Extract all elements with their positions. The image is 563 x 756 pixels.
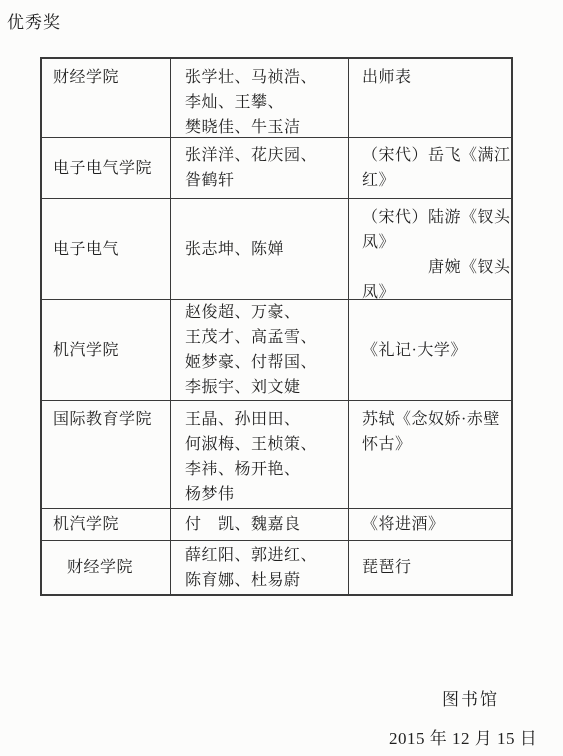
college-cell: 电子电气 — [42, 199, 171, 299]
college-cell: 机汽学院 — [42, 300, 171, 400]
students-cell: 薛红阳、郭进红、 陈育娜、杜易蔚 — [171, 541, 349, 594]
table-row: 财经学院 薛红阳、郭进红、 陈育娜、杜易蔚 琵琶行 — [42, 541, 511, 594]
table-row: 机汽学院 赵俊超、万豪、 王茂才、高孟雪、 姬梦豪、付帮国、 李振宇、刘文婕 《… — [42, 300, 511, 401]
table-row: 机汽学院 付 凯、魏嘉良 《将进酒》 — [42, 509, 511, 541]
signature-library: 图书馆 — [442, 685, 499, 710]
students-cell: 赵俊超、万豪、 王茂才、高孟雪、 姬梦豪、付帮国、 李振宇、刘文婕 — [171, 300, 349, 400]
students-cell: 王晶、孙田田、 何淑梅、王桢策、 李祎、杨开艳、 杨梦伟 — [171, 401, 349, 508]
table-row: 国际教育学院 王晶、孙田田、 何淑梅、王桢策、 李祎、杨开艳、 杨梦伟 苏轼《念… — [42, 401, 511, 509]
table-row: 电子电气 张志坤、陈婵 （宋代）陆游《钗头 凤》 唐婉《钗头 凤》 — [42, 199, 511, 300]
students-cell: 张学壮、马祯浩、 李灿、王攀、 樊晓佳、牛玉洁 — [171, 59, 349, 137]
work-cell: 《将进酒》 — [349, 509, 511, 540]
scanned-document-page: 优秀奖 财经学院 张学壮、马祯浩、 李灿、王攀、 樊晓佳、牛玉洁 出师表 电子电… — [0, 0, 563, 756]
college-cell: 电子电气学院 — [42, 138, 171, 198]
students-cell: 张洋洋、花庆园、 昝鹤轩 — [171, 138, 349, 198]
award-heading: 优秀奖 — [7, 8, 61, 33]
work-cell: 《礼记·大学》 — [349, 300, 511, 400]
college-cell: 财经学院 — [42, 59, 171, 137]
college-cell: 机汽学院 — [42, 509, 171, 540]
work-cell: （宋代）陆游《钗头 凤》 唐婉《钗头 凤》 — [349, 199, 511, 299]
work-cell: 琵琶行 — [349, 541, 511, 594]
document-date: 2015 年 12 月 15 日 — [389, 724, 537, 749]
students-cell: 付 凯、魏嘉良 — [171, 509, 349, 540]
work-cell: （宋代）岳飞《满江 红》 — [349, 138, 511, 198]
work-cell: 出师表 — [349, 59, 511, 137]
table-row: 电子电气学院 张洋洋、花庆园、 昝鹤轩 （宋代）岳飞《满江 红》 — [42, 138, 511, 199]
table-row: 财经学院 张学壮、马祯浩、 李灿、王攀、 樊晓佳、牛玉洁 出师表 — [42, 59, 511, 138]
college-cell: 财经学院 — [42, 541, 171, 594]
students-cell: 张志坤、陈婵 — [171, 199, 349, 299]
award-table: 财经学院 张学壮、马祯浩、 李灿、王攀、 樊晓佳、牛玉洁 出师表 电子电气学院 … — [40, 57, 513, 596]
college-cell: 国际教育学院 — [42, 401, 171, 508]
work-cell: 苏轼《念奴娇·赤壁 怀古》 — [349, 401, 511, 508]
